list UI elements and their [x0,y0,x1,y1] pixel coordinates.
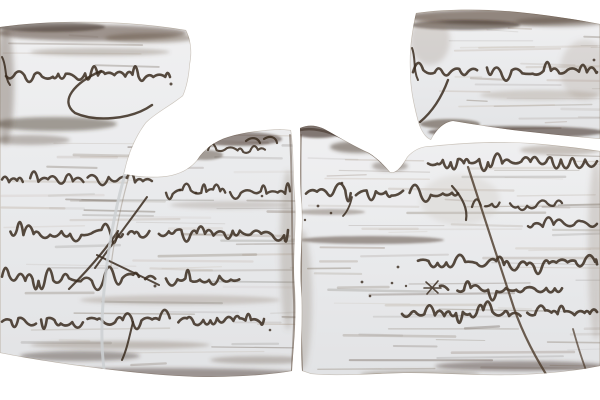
fragment-right [292,124,600,379]
fragment-top-right [405,9,600,140]
tablet-photo [0,0,600,400]
photo-canvas [0,0,600,400]
